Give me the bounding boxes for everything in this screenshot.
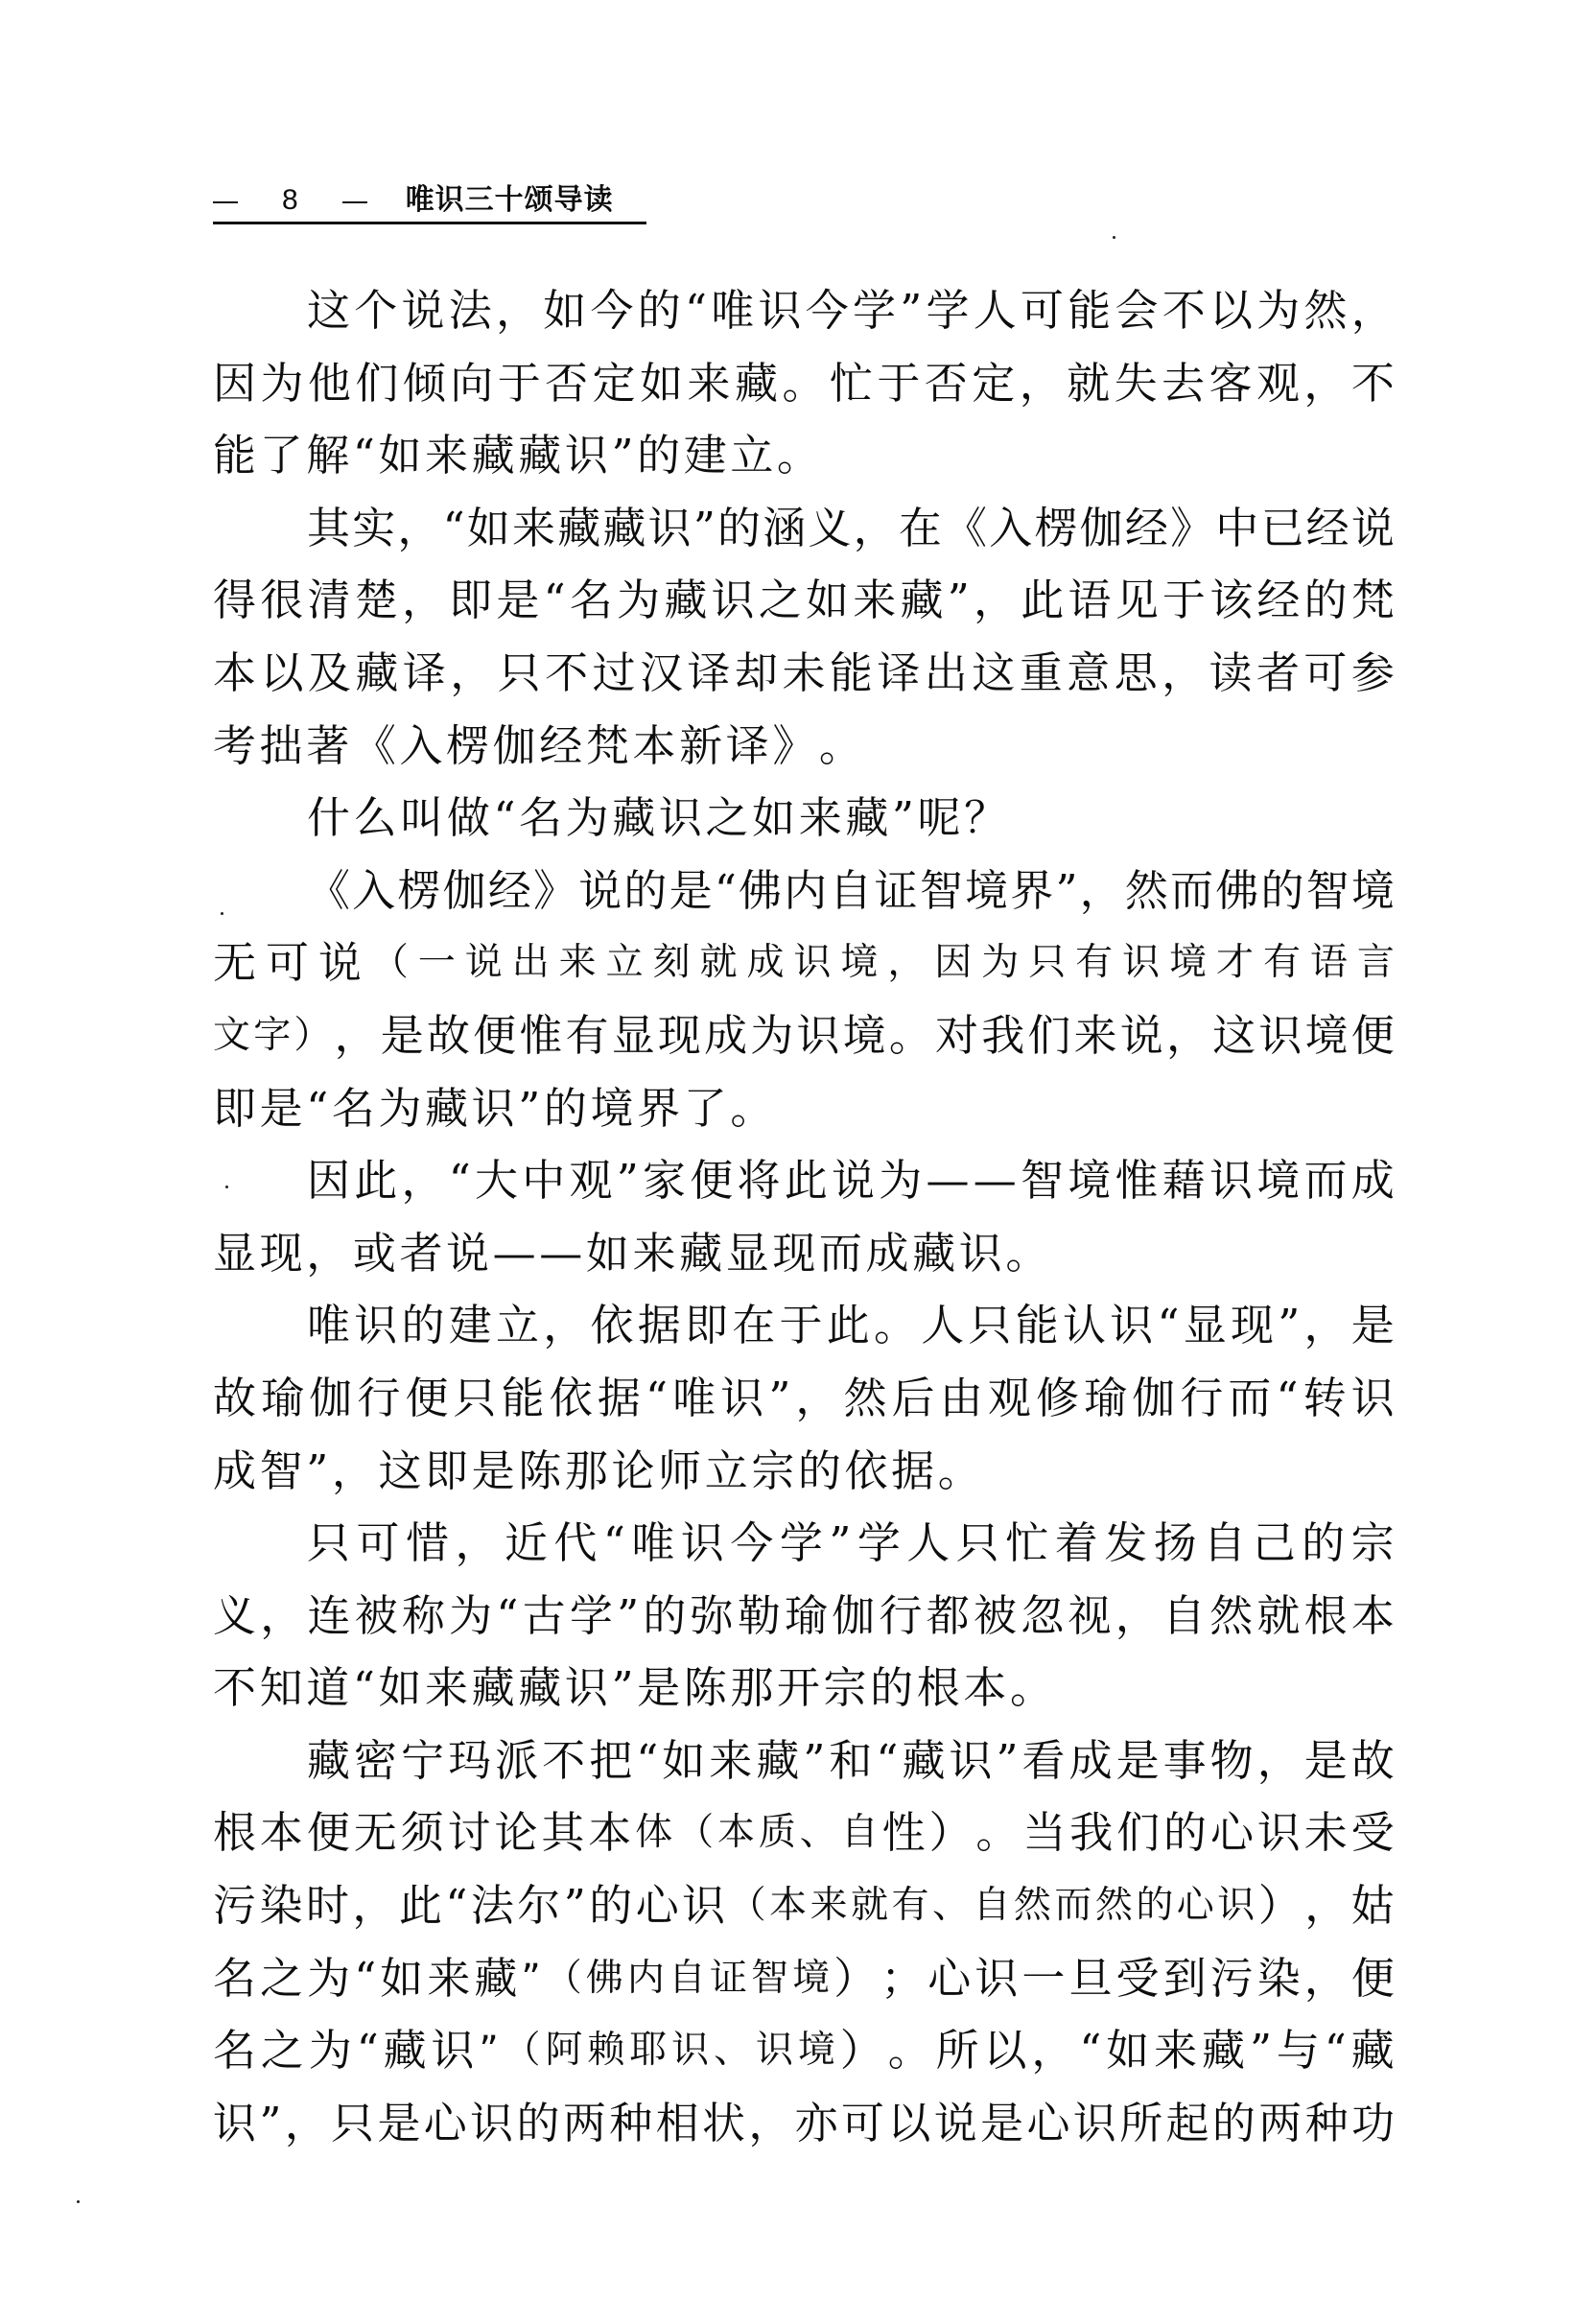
paragraph: 藏密宁玛派不把“如来藏”和“藏识”看成是事物，是故根本便无须讨论其本体（本质、自… (213, 1734, 1395, 2170)
text-line: 显现，或者说——如来藏显现而成藏识。 (213, 1227, 1395, 1300)
text-line: 名之为“如来藏”（佛内自证智境）；心识一旦受到污染，便 (213, 1952, 1395, 2025)
text-line: 本以及藏译，只不过汉译却未能译出这重意思，读者可参 (213, 646, 1395, 719)
header-dash-right (342, 201, 367, 203)
header-dash-left (213, 201, 238, 203)
paragraph: 什么叫做“名为藏识之如来藏”呢？ (213, 791, 1395, 864)
paragraph: 这个说法，如今的“唯识今学”学人可能会不以为然，因为他们倾向于否定如来藏。忙于否… (213, 284, 1395, 502)
body-text: 这个说法，如今的“唯识今学”学人可能会不以为然，因为他们倾向于否定如来藏。忙于否… (213, 284, 1395, 2169)
text-line: 文字），是故便惟有显现成为识境。对我们来说，这识境便 (213, 1009, 1395, 1082)
page-number: 8 (282, 183, 298, 218)
scan-speck (77, 2200, 80, 2203)
paragraph: 唯识的建立，依据即在于此。人只能认识“显现”，是故瑜伽行便只能依据“唯识”，然后… (213, 1299, 1395, 1516)
text-line: 因此，“大中观”家便将此说为——智境惟藉识境而成 (213, 1154, 1395, 1227)
running-header: 8 唯识三十颂导读 (213, 182, 646, 224)
scan-speck (225, 1186, 228, 1188)
text-line: 成智”，这即是陈那论师立宗的依据。 (213, 1444, 1395, 1517)
text-line: 什么叫做“名为藏识之如来藏”呢？ (213, 791, 1395, 864)
paragraph: 只可惜，近代“唯识今学”学人只忙着发扬自己的宗义，连被称为“古学”的弥勒瑜伽行都… (213, 1516, 1395, 1734)
text-line: 义，连被称为“古学”的弥勒瑜伽行都被忽视，自然就根本 (213, 1589, 1395, 1662)
text-line: 无可说（一说出来立刻就成识境，因为只有识境才有语言 (213, 936, 1395, 1009)
paragraph: 其实，“如来藏藏识”的涵义，在《入楞伽经》中已经说得很清楚，即是“名为藏识之如来… (213, 502, 1395, 791)
text-line: 得很清楚，即是“名为藏识之如来藏”，此语见于该经的梵 (213, 574, 1395, 646)
text-line: 名之为“藏识”（阿赖耶识、识境）。所以，“如来藏”与“藏 (213, 2024, 1395, 2097)
scan-speck (1113, 236, 1115, 239)
text-line: 不知道“如来藏藏识”是陈那开宗的根本。 (213, 1661, 1395, 1734)
text-line: 故瑜伽行便只能依据“唯识”，然后由观修瑜伽行而“转识 (213, 1372, 1395, 1444)
text-line: 因为他们倾向于否定如来藏。忙于否定，就失去客观，不 (213, 357, 1395, 430)
text-line: 藏密宁玛派不把“如来藏”和“藏识”看成是事物，是故 (213, 1734, 1395, 1807)
text-line: 唯识的建立，依据即在于此。人只能认识“显现”，是 (213, 1299, 1395, 1372)
text-line: 只可惜，近代“唯识今学”学人只忙着发扬自己的宗 (213, 1516, 1395, 1589)
book-title: 唯识三十颂导读 (406, 183, 614, 218)
text-line: 能了解“如来藏藏识”的建立。 (213, 429, 1395, 502)
text-line: 考拙著《入楞伽经梵本新译》。 (213, 719, 1395, 792)
text-line: 即是“名为藏识”的境界了。 (213, 1082, 1395, 1155)
text-line: 《入楞伽经》说的是“佛内自证智境界”，然而佛的智境 (213, 864, 1395, 937)
paragraph: 因此，“大中观”家便将此说为——智境惟藉识境而成显现，或者说——如来藏显现而成藏… (213, 1154, 1395, 1299)
text-line: 识”，只是心识的两种相状，亦可以说是心识所起的两种功 (213, 2097, 1395, 2170)
text-line: 其实，“如来藏藏识”的涵义，在《入楞伽经》中已经说 (213, 502, 1395, 575)
text-line: 这个说法，如今的“唯识今学”学人可能会不以为然， (213, 284, 1395, 357)
text-line: 根本便无须讨论其本体（本质、自性）。当我们的心识未受 (213, 1806, 1395, 1879)
text-line: 污染时，此“法尔”的心识（本来就有、自然而然的心识），姑 (213, 1879, 1395, 1952)
scan-speck (221, 912, 223, 915)
paragraph: 《入楞伽经》说的是“佛内自证智境界”，然而佛的智境无可说（一说出来立刻就成识境，… (213, 864, 1395, 1154)
